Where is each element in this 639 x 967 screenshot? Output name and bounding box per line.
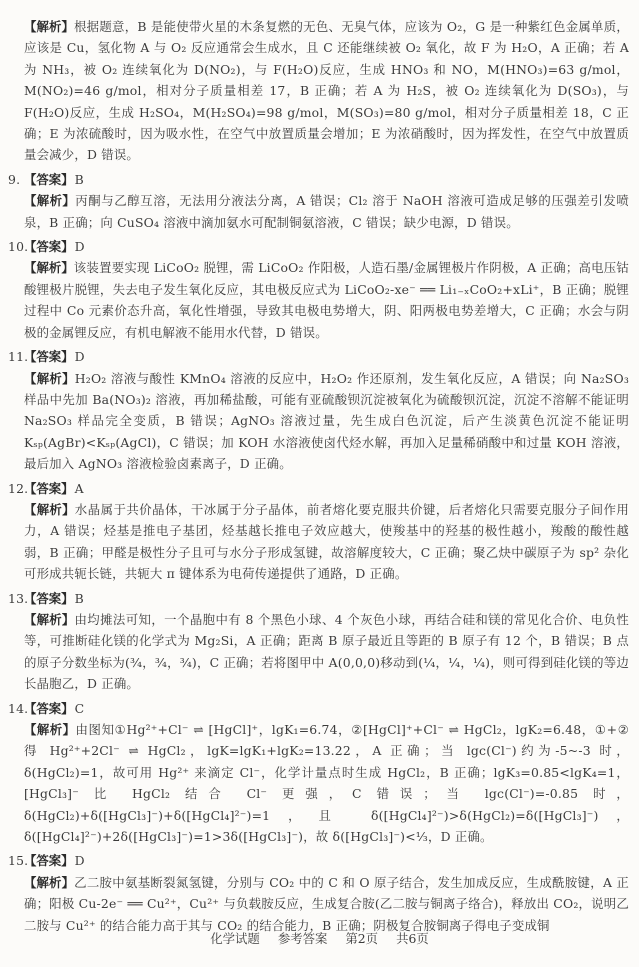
answer-label: 【答案】 (24, 591, 74, 606)
analysis-paragraph: 【解析】由图知①Hg²⁺+Cl⁻ ⇌ [HgCl]⁺，lgK₁=6.74，②[H… (24, 719, 629, 847)
analysis-label: 【解析】 (24, 19, 74, 34)
analysis-label: 【解析】 (24, 371, 75, 386)
answer-label: 【答案】 (24, 853, 74, 868)
analysis-paragraph: 【解析】丙酮与乙醇互溶，无法用分液法分离，A 错误；Cl₂ 溶于 NaOH 溶液… (24, 190, 629, 233)
answer-choice: D (75, 349, 85, 364)
footer-section-title: 参考答案 (278, 931, 328, 946)
answer-item-15: 15. 【答案】D 【解析】乙二胺中氨基断裂氮氢键，分别与 CO₂ 中的 C 和… (24, 850, 629, 936)
answer-choice: B (75, 172, 84, 187)
analysis-text: 丙酮与乙醇互溶，无法用分液法分离，A 错误；Cl₂ 溶于 NaOH 溶液可造成足… (24, 193, 629, 229)
analysis-text: H₂O₂ 溶液与酸性 KMnO₄ 溶液的反应中，H₂O₂ 作还原剂，发生氧化反应… (24, 371, 629, 472)
answer-line: 【答案】C (24, 698, 629, 719)
answer-item-9: 9. 【答案】B 【解析】丙酮与乙醇互溶，无法用分液法分离，A 错误；Cl₂ 溶… (24, 169, 629, 233)
analysis-text: 该装置要实现 LiCoO₂ 脱锂，需 LiCoO₂ 作阳极，人造石墨/金属锂极片… (24, 260, 629, 339)
answer-choice: B (75, 591, 84, 606)
analysis-label: 【解析】 (24, 193, 75, 208)
answer-label: 【答案】 (24, 172, 74, 187)
footer-total-pages: 共6页 (396, 931, 429, 946)
answers-content: 【解析】根据题意，B 是能使带火星的木条复燃的无色、无臭气体，应该为 O₂，G … (0, 0, 639, 936)
answer-line: 【答案】D (24, 236, 629, 257)
question-number: 12. (8, 478, 28, 499)
answer-label: 【答案】 (24, 481, 74, 496)
answer-choice: A (75, 481, 84, 496)
answer-line: 【答案】B (24, 169, 629, 190)
answer-item-12: 12. 【答案】A 【解析】水晶属于共价晶体，干冰属于分子晶体，前者熔化要克服共… (24, 478, 629, 585)
answer-line: 【答案】B (24, 588, 629, 609)
analysis-label: 【解析】 (24, 612, 74, 627)
question-number: 11. (8, 346, 28, 367)
footer-doc-title: 化学试题 (210, 931, 260, 946)
answer-sheet-page: 【解析】根据题意，B 是能使带火星的木条复燃的无色、无臭气体，应该为 O₂，G … (0, 0, 639, 967)
analysis-text: 由图知①Hg²⁺+Cl⁻ ⇌ [HgCl]⁺，lgK₁=6.74，②[HgCl]… (24, 722, 629, 844)
question-number: 13. (8, 588, 28, 609)
footer-page-number: 第2页 (345, 931, 378, 946)
answer-label: 【答案】 (24, 701, 74, 716)
answer-choice: D (75, 239, 85, 254)
analysis-paragraph: 【解析】由均摊法可知，一个晶胞中有 8 个黑色小球、4 个灰色小球，再结合硅和镁… (24, 609, 629, 695)
analysis-text: 水晶属于共价晶体，干冰属于分子晶体，前者熔化要克服共价键，后者熔化只需要克服分子… (24, 502, 629, 581)
answer-line: 【答案】D (24, 850, 629, 871)
analysis-text: 由均摊法可知，一个晶胞中有 8 个黑色小球、4 个灰色小球，再结合硅和镁的常见化… (24, 612, 629, 691)
analysis-paragraph: 【解析】乙二胺中氨基断裂氮氢键，分别与 CO₂ 中的 C 和 O 原子结合，发生… (24, 872, 629, 936)
answer-choice: C (75, 701, 85, 716)
analysis-paragraph: 【解析】H₂O₂ 溶液与酸性 KMnO₄ 溶液的反应中，H₂O₂ 作还原剂，发生… (24, 368, 629, 475)
analysis-label: 【解析】 (24, 722, 75, 737)
answer-item-8-continuation: 【解析】根据题意，B 是能使带火星的木条复燃的无色、无臭气体，应该为 O₂，G … (24, 16, 629, 166)
analysis-text: 根据题意，B 是能使带火星的木条复燃的无色、无臭气体，应该为 O₂，G 是一种紫… (24, 19, 629, 162)
analysis-label: 【解析】 (24, 875, 74, 890)
answer-label: 【答案】 (24, 349, 74, 364)
analysis-paragraph: 【解析】根据题意，B 是能使带火星的木条复燃的无色、无臭气体，应该为 O₂，G … (24, 16, 629, 166)
analysis-label: 【解析】 (24, 502, 75, 517)
question-number: 9. (8, 169, 20, 190)
answer-line: 【答案】D (24, 346, 629, 367)
analysis-paragraph: 【解析】水晶属于共价晶体，干冰属于分子晶体，前者熔化要克服共价键，后者熔化只需要… (24, 499, 629, 585)
page-footer: 化学试题参考答案第2页共6页 (0, 928, 639, 949)
analysis-label: 【解析】 (24, 260, 74, 275)
answer-line: 【答案】A (24, 478, 629, 499)
question-number: 15. (8, 850, 28, 871)
answer-item-11: 11. 【答案】D 【解析】H₂O₂ 溶液与酸性 KMnO₄ 溶液的反应中，H₂… (24, 346, 629, 474)
analysis-text: 乙二胺中氨基断裂氮氢键，分别与 CO₂ 中的 C 和 O 原子结合，发生加成反应… (24, 875, 629, 933)
answer-label: 【答案】 (24, 239, 74, 254)
question-number: 14. (8, 698, 28, 719)
answer-item-14: 14. 【答案】C 【解析】由图知①Hg²⁺+Cl⁻ ⇌ [HgCl]⁺，lgK… (24, 698, 629, 848)
question-number: 10. (8, 236, 28, 257)
answer-item-13: 13. 【答案】B 【解析】由均摊法可知，一个晶胞中有 8 个黑色小球、4 个灰… (24, 588, 629, 695)
analysis-paragraph: 【解析】该装置要实现 LiCoO₂ 脱锂，需 LiCoO₂ 作阳极，人造石墨/金… (24, 257, 629, 343)
answer-item-10: 10. 【答案】D 【解析】该装置要实现 LiCoO₂ 脱锂，需 LiCoO₂ … (24, 236, 629, 343)
answer-choice: D (75, 853, 85, 868)
